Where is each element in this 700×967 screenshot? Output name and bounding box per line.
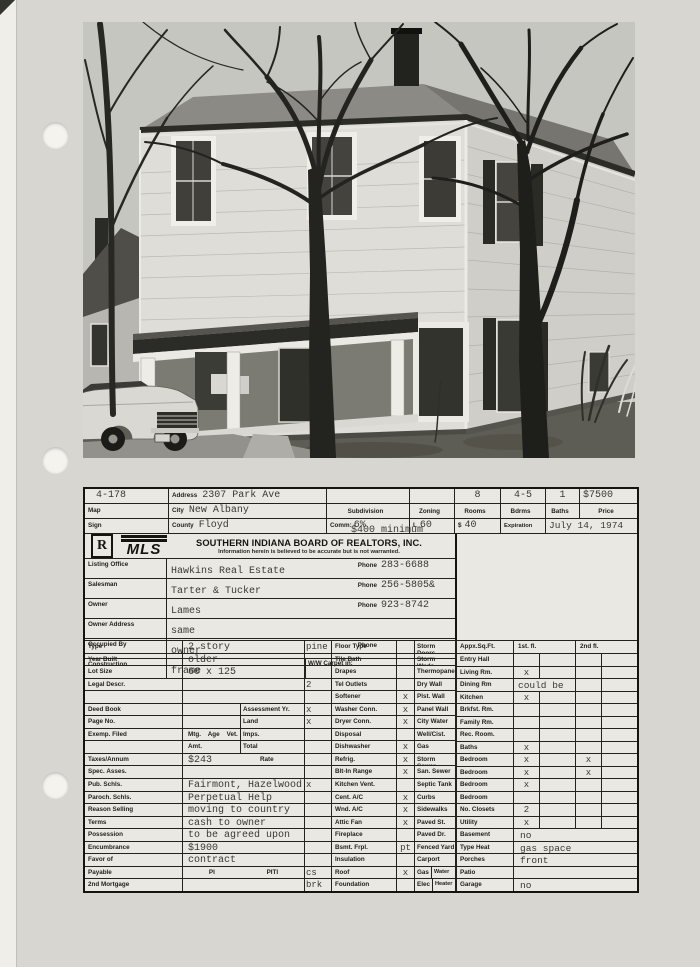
first-floor-mark [513,717,539,729]
sqft-label: Appx.Sq.Ft. [457,641,513,653]
feature-value [305,804,332,816]
sub-cell-label: Imps. [240,729,304,741]
feature-row: Drapes Thermopane [305,666,455,679]
first-floor-mark: x [513,742,539,754]
room-row: Porches front [457,854,637,867]
feature-label: Tel Outlets [332,679,396,691]
feature-value [305,842,332,854]
phone-value: 923-8742 [377,599,455,618]
feature-row: x Kitchen Vent. Septic Tank [305,779,455,792]
feature-checkbox [396,854,415,866]
feature-label: Wnd. A/C [332,804,396,816]
first-floor-mark: x [513,817,539,829]
left-row: Exemp. Filed Mtg. Age Vet. Imps. [85,729,304,742]
left-row-label: Terms [85,817,183,829]
left-row: Possession to be agreed upon [85,829,304,842]
feature-value [305,729,332,741]
room-span-value: could be [513,679,575,691]
room-row: Type Heat gas space [457,842,637,855]
feature-row: Wnd. A/C x Sidewalks [305,804,455,817]
listing-code: 4-178 [88,490,126,501]
left-row: Favor of contract [85,854,304,867]
feature-row: 2 Tel Outlets Dry Wall [305,679,455,692]
first-floor-label: 1st. fl. [513,641,575,653]
second-floor-label: 2nd fl. [575,641,637,653]
rooms-header: Appx.Sq.Ft. 1st. fl. 2nd fl. [457,641,637,654]
left-row-label: Pub. Schls. [85,779,183,791]
feature-checkbox [396,879,415,891]
left-row-label: Page No. [85,716,183,728]
inline-print-label: Mtg. Age Vet. [183,729,240,741]
room-row: Utility x [457,817,637,830]
features-section: pine Floor Type Storm Doors Tile Bath St… [305,641,456,891]
second-floor-mark [575,804,601,816]
price-cell: $7500 [580,489,637,503]
price-label: Price [598,505,613,515]
bdrms-label: Bdrms [511,505,531,515]
expiration-date: July 14, 1974 [549,520,623,531]
second-floor-mark: x [575,754,601,766]
first-floor-mark: 2 [513,804,539,816]
left-row-label [85,691,183,703]
room-label: Family Rm. [457,717,513,729]
front-lower-window [413,322,469,422]
room-row: Basement no [457,829,637,842]
office-row-label: Owner [85,599,167,618]
left-row-label: Possession [85,829,183,841]
left-section: Type 2 story Year Built older [85,641,305,891]
feature-value [305,654,332,666]
room-label: Living Rm. [457,667,513,679]
feature-checkbox: x [396,766,415,778]
feature-checkbox: x [396,716,415,728]
feature-row: Disposal Well/Cist. [305,729,455,742]
feature-checkbox [396,641,415,653]
feature-checkbox [396,779,415,791]
utility-label: Fenced Yard [417,842,454,854]
feature-checkbox: pt [396,842,415,854]
utility-label: Storm Sewer [417,754,455,766]
mls-listing-form: 4-178 Address2307 Park Ave 8 4-5 1 $7500… [83,487,639,893]
phone-label: Phone [349,559,377,578]
left-row: Reason Selling moving to country [85,804,304,817]
city-value: New Albany [189,505,249,516]
address-value: 2307 Park Ave [202,490,280,501]
second-floor-mark [575,692,601,704]
feature-row: x Washer Conn. x Panel Wall [305,704,455,717]
first-floor-mark [513,704,539,716]
first-floor-mark: x [513,754,539,766]
feature-checkbox: x [396,804,415,816]
utility-label: Gas [417,741,429,753]
room-row: Rec. Room. [457,729,637,742]
feature-label: Insulation [332,854,396,866]
feature-row: Fireplace Paved Dr. [305,829,455,842]
left-row: Page No. Land [85,716,304,729]
second-floor-mark [575,704,601,716]
feature-label: Foundation [332,879,396,891]
feature-label: Attic Fan [332,817,396,829]
baths-label: Baths [551,505,569,515]
rooms-label: Rooms [464,505,485,515]
second-floor-mark [575,667,601,679]
mls-logo-icon: MLS [121,535,167,557]
left-row-value [183,679,304,691]
feature-row: cs Roof x GasWater [305,867,455,880]
payment-type-labels: PIPITI [183,867,304,879]
room-row: Kitchen x [457,692,637,705]
listing-photo [83,22,635,458]
inline-print-label: Amt. [183,741,240,753]
second-floor-mark [575,679,601,691]
room-row: No. Closets 2 [457,804,637,817]
room-row: Brkfst. Rm. [457,704,637,717]
left-row-value: to be agreed upon [183,829,304,841]
room-label: Dining Rm [457,679,513,691]
left-row-value [183,691,304,703]
feature-row: x Dryer Conn. x City Water [305,716,455,729]
feature-value: brk [305,879,332,891]
utility-label: Curbs [417,792,435,804]
utility-sublabel: Heater [432,879,452,891]
left-row: Lot Size 60 x 125 [85,666,304,679]
left-row: Payable PIPITI [85,867,304,880]
office-row: Listing Office Hawkins Real Estate Phone… [85,559,455,579]
room-row: Family Rm. [457,717,637,730]
rooms-cell: 8 [455,489,501,503]
feature-row: Bsmt. Frpl. pt Fenced Yard [305,842,455,855]
office-row-label: Listing Office [85,559,167,578]
left-row-label: Encumbrance [85,842,183,854]
feature-label: Refrig. [332,754,396,766]
left-row-value [183,879,304,891]
header-row-1: 4-178 Address2307 Park Ave 8 4-5 1 $7500 [85,489,637,504]
phone-label: Phone [349,579,377,598]
feature-value: pine [305,641,332,653]
left-row-label: Lot Size [85,666,183,678]
left-row-label: Legal Descr. [85,679,183,691]
left-row-label: Year Built [85,654,183,666]
left-row: 2nd Mortgage [85,879,304,891]
room-label: Rec. Room. [457,729,513,741]
feature-value [305,829,332,841]
phone-label: Phone [349,599,377,618]
left-row-label: Deed Book [85,704,183,716]
office-row-label: Salesman [85,579,167,598]
feature-value: x [305,704,332,716]
office-row: Owner Address same [85,619,455,639]
room-full-value: no [513,829,637,841]
chimney [394,28,419,86]
left-row: Year Built older [85,654,304,667]
room-full-value: front [513,854,637,866]
feature-row: Refrig. x Storm Sewer [305,754,455,767]
feature-row: Tile Bath Storm Wnds. [305,654,455,667]
feature-checkbox: x [396,741,415,753]
remarks-box [455,534,637,640]
left-row-label: Type [85,641,183,653]
utility-sublabel: Water [431,867,449,879]
feature-row: Softener x Plst. Wall [305,691,455,704]
left-row: Spec. Asses. [85,766,304,779]
utility-label: City Water [417,716,448,728]
left-row: Encumbrance $1900 [85,842,304,855]
board-disclaimer: Information herein is believed to be acc… [167,549,451,555]
office-row-value: Hawkins Real Estate [171,566,285,577]
room-label: Kitchen [457,692,513,704]
left-row-label: Spec. Asses. [85,766,183,778]
left-row-value [183,716,240,728]
feature-label: Softener [332,691,396,703]
room-label: Patio [457,867,513,879]
second-floor-mark [575,792,601,804]
feature-value [305,766,332,778]
feature-checkbox [396,679,415,691]
feature-checkbox: x [396,792,415,804]
address-label: Address [172,490,197,499]
room-label: Brkfst. Rm. [457,704,513,716]
subdivision-label: Subdivision [348,505,384,515]
office-row-label: Owner Address [85,619,167,638]
feature-label: Cent. A/C [332,792,396,804]
feature-checkbox [396,666,415,678]
left-row-value: 60 x 125 [183,666,304,678]
phone-value: 256-5805& [377,579,455,598]
realtor-logo-icon: R [91,534,113,558]
feature-checkbox [396,654,415,666]
first-floor-mark: x [513,767,539,779]
feature-checkbox [396,729,415,741]
feature-value: x [305,716,332,728]
feature-label: Dryer Conn. [332,716,396,728]
phone-value: 283-6688 [377,559,455,578]
utility-label: Storm Wnds. [417,654,455,666]
room-label: Porches [457,854,513,866]
baths-cell: 1 [546,489,580,503]
feature-label: Kitchen Vent. [332,779,396,791]
utility-label: Panel Wall [417,704,448,716]
utility-label: Paved Dr. [417,829,446,841]
room-row: Bedroom x [457,779,637,792]
left-row-value: 2 story [183,641,304,653]
room-label: Basement [457,829,513,841]
left-row-label: Exemp. Filed [85,729,183,741]
feature-checkbox: x [396,817,415,829]
room-label: Bedroom [457,754,513,766]
feature-checkbox: x [396,754,415,766]
office-row-value: same [171,626,195,637]
room-label: Type Heat [457,842,513,854]
room-row: Bedroom [457,792,637,805]
room-row: Living Rm. x [457,667,637,680]
first-floor-mark [513,654,539,666]
room-full-value [513,867,637,879]
utility-label: Elec [417,879,430,891]
feature-label: Washer Conn. [332,704,396,716]
left-row: Pub. Schls. Fairmont, Hazelwood [85,779,304,792]
feature-label: Bsmt. Frpl. [332,842,396,854]
punch-hole [42,122,69,149]
room-full-value: gas space [513,842,637,854]
feature-checkbox: x [396,691,415,703]
left-row: Terms cash to owner [85,817,304,830]
left-row: Type 2 story [85,641,304,654]
room-row: Patio [457,867,637,880]
left-row-value: older [183,654,304,666]
second-floor-mark [575,817,601,829]
punch-hole [42,772,69,799]
feature-label: Floor Type [332,641,396,653]
utility-label: Gas [417,867,429,879]
house-photo-illustration [83,22,635,458]
left-row-label: Taxes/Annum [85,754,183,766]
room-label: No. Closets [457,804,513,816]
sub-cell-label: Land [240,716,304,728]
county-value: Floyd [199,520,229,531]
utility-label: Carport [417,854,440,866]
sub-cell-label: Assessment Yr. [240,704,304,716]
feature-value [305,754,332,766]
first-floor-mark: x [513,779,539,791]
utility-label: Paved St. [417,817,445,829]
dollar-label: $ [458,520,462,529]
left-row-value: Perpetual Help [183,792,304,804]
utility-label: Storm Doors [417,641,455,653]
expiration-cell: July 14, 1974 [546,519,637,533]
room-label: Garage [457,879,513,891]
feature-value [305,691,332,703]
room-label: Entry Hall [457,654,513,666]
utility-label: San. Sewer [417,766,451,778]
feature-value [305,854,332,866]
second-floor-mark [575,654,601,666]
city-label: City [172,505,184,514]
left-row-label: Favor of [85,854,183,866]
room-label: Bedroom [457,779,513,791]
comm-label: Comm: [330,520,352,529]
left-row: Amt. Total [85,741,304,754]
feature-row: Insulation Carport [305,854,455,867]
left-row-label: Reason Selling [85,804,183,816]
feature-value [305,792,332,804]
first-floor-mark [513,792,539,804]
left-row-value: $243 [183,754,258,766]
second-floor-mark [575,742,601,754]
left-row: Taxes/Annum $243 Rate [85,754,304,767]
feature-label: Roof [332,867,396,879]
left-row-value [183,704,240,716]
left-row: Deed Book Assessment Yr. [85,704,304,717]
utility-label: Well/Cist. [417,729,445,741]
map-label: Map [88,505,101,514]
feature-row: pine Floor Type Storm Doors [305,641,455,654]
expiration-label: Expiration [504,520,532,530]
utility-label: Plst. Wall [417,691,445,703]
left-row [85,691,304,704]
office-row: Salesman Tarter & Tucker Phone 256-5805& [85,579,455,599]
board-band: R MLS SOUTHERN INDIANA BOARD OF REALTORS… [85,534,637,641]
rate-label: Rate [258,754,304,766]
feature-value [305,817,332,829]
utility-label: Sidewalks [417,804,447,816]
feature-value [305,666,332,678]
left-row-value: cash to owner [183,817,304,829]
details-grid: Type 2 story Year Built older [85,641,637,891]
second-floor-mark [575,729,601,741]
left-row: Paroch. Schls. Perpetual Help [85,792,304,805]
feature-label: Tile Bath [332,654,396,666]
left-row-value: moving to country [183,804,304,816]
office-row-value: Tarter & Tucker [171,586,261,597]
office-column: R MLS SOUTHERN INDIANA BOARD OF REALTORS… [85,534,455,640]
room-row: Entry Hall [457,654,637,667]
left-row-value: contract [183,854,304,866]
left-row-label: Paroch. Schls. [85,792,183,804]
feature-row: Dishwasher x Gas [305,741,455,754]
feature-checkbox: x [396,867,415,879]
room-label: Bedroom [457,792,513,804]
zoning-label: Zoning [419,505,440,515]
office-row-value: Lames [171,606,201,617]
utility-label: Thermopane [417,666,455,678]
punch-hole [42,447,69,474]
second-floor-mark: x [575,767,601,779]
left-row-value: Fairmont, Hazelwood [183,779,304,791]
room-row: Dining Rm could be [457,679,637,692]
feature-label: Blt-In Range [332,766,396,778]
left-row-value [183,766,304,778]
first-floor-mark [513,729,539,741]
feature-row: Cent. A/C x Curbs [305,792,455,805]
room-row: Baths x [457,742,637,755]
second-floor-mark [575,717,601,729]
room-label: Bedroom [457,767,513,779]
feature-value: 2 [305,679,332,691]
feature-value [305,741,332,753]
room-row: Bedroom x x [457,767,637,780]
first-floor-mark: x [513,692,539,704]
feature-row: Attic Fan x Paved St. [305,817,455,830]
feature-value: cs [305,867,332,879]
left-row-label: Payable [85,867,183,879]
feature-label: Disposal [332,729,396,741]
header-row-2: Map CityNew Albany Subdivision Zoning Ro… [85,504,637,519]
left-row-label: 2nd Mortgage [85,879,183,891]
board-title: SOUTHERN INDIANA BOARD OF REALTORS, INC. [167,538,451,548]
feature-label: Fireplace [332,829,396,841]
room-full-value: no [513,879,637,891]
feature-value: x [305,779,332,791]
feature-checkbox [396,829,415,841]
second-floor-mark [575,779,601,791]
county-label: County [172,520,194,529]
room-row: Garage no [457,879,637,891]
room-label: Baths [457,742,513,754]
listing-code-cell: 4-178 [85,489,169,503]
utility-label: Dry Wall [417,679,442,691]
board-logo-row: R MLS SOUTHERN INDIANA BOARD OF REALTORS… [85,534,455,559]
feature-label: Drapes [332,666,396,678]
feature-checkbox: x [396,704,415,716]
room-label: Utility [457,817,513,829]
left-row: Legal Descr. [85,679,304,692]
page-corner-mark [0,0,15,15]
feature-row: brk Foundation ElecHeater [305,879,455,891]
feature-label: Dishwasher [332,741,396,753]
rooms-section: Appx.Sq.Ft. 1st. fl. 2nd fl. Entry Hall … [456,641,637,891]
commission-minimum-note: $400 minimum [351,525,423,536]
left-row-value: $1900 [183,842,304,854]
